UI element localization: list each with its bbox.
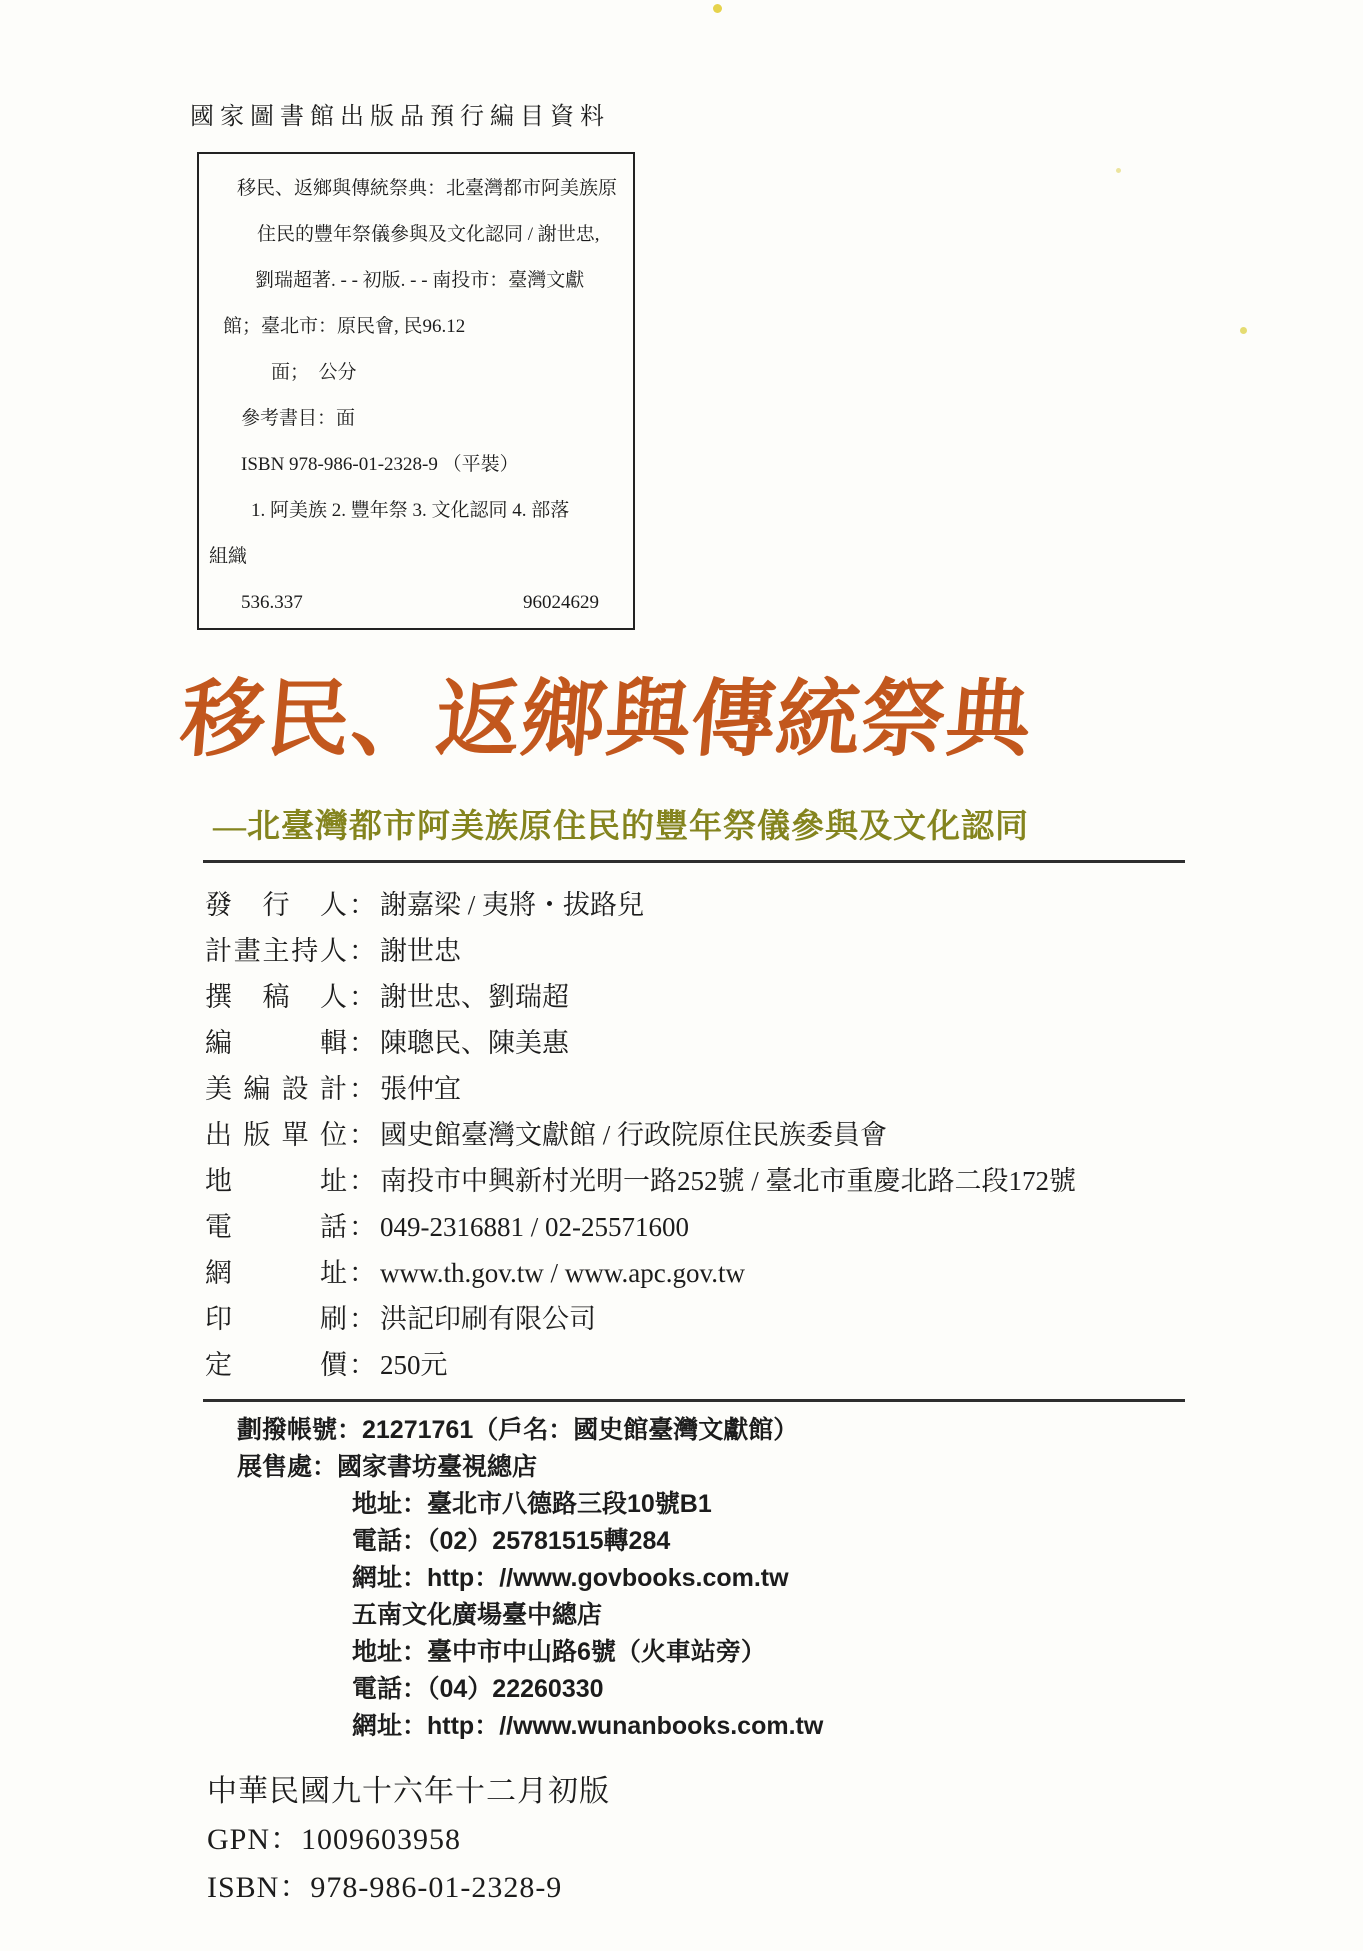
distribution-row: 地址：臺北市八德路三段10號B1 [352,1486,823,1523]
colophon-label: 地址 [205,1158,347,1204]
colophon-value: www.th.gov.tw / www.apc.gov.tw [380,1250,745,1296]
colophon-row: 電話： 049-2316881 / 02-25571600 [205,1204,1076,1250]
colophon-colon: ： [349,1066,376,1112]
distribution-row: 地址：臺中市中山路6號（火車站旁） [352,1634,823,1671]
scan-speck [1116,168,1121,173]
cip-line: 組織 [209,534,633,580]
colophon-value: 國史館臺灣文獻館 / 行政院原住民族委員會 [380,1112,887,1158]
colophon-label: 計畫主持人 [205,928,347,974]
scan-speck [713,4,722,13]
colophon-colon: ： [349,1158,376,1204]
colophon-label: 撰稿人 [205,974,347,1020]
cip-line: 住民的豐年祭儀參與及文化認同 / 謝世忠, [257,212,633,258]
cip-line: 參考書目：面 [241,396,633,442]
colophon-value: 南投市中興新村光明一路252號 / 臺北市重慶北路二段172號 [380,1158,1076,1204]
footer-line: ISBN：978-986-01-2328-9 [207,1864,610,1912]
scan-speck [1240,327,1247,334]
colophon-row: 發行人： 謝嘉梁 / 夷將・拔路兒 [205,882,1076,928]
cip-line: ISBN 978-986-01-2328-9 （平裝） [241,442,633,488]
colophon-colon: ： [349,882,376,928]
footer-line: GPN：1009603958 [207,1816,610,1864]
colophon-value: 049-2316881 / 02-25571600 [380,1204,689,1250]
cip-line-text: 住民的豐年祭儀參與及文化認同 / 謝世忠, [257,212,600,258]
colophon-value: 陳聰民、陳美惠 [380,1020,569,1066]
colophon-colon: ： [349,1342,376,1388]
colophon-row: 計畫主持人： 謝世忠 [205,928,1076,974]
distribution-row: 電話：（04）22260330 [352,1671,823,1708]
colophon-row: 編輯： 陳聰民、陳美惠 [205,1020,1076,1066]
colophon-colon: ： [349,1112,376,1158]
cip-header: 國家圖書館出版品預行編目資料 [190,96,610,131]
cip-line-text: 參考書目：面 [241,396,355,442]
colophon-row: 網址： www.th.gov.tw / www.apc.gov.tw [205,1250,1076,1296]
colophon-label: 定價 [205,1342,347,1388]
distribution-row: 網址：http：//www.govbooks.com.tw [352,1560,823,1597]
colophon-colon: ： [349,974,376,1020]
colophon-label: 電話 [205,1204,347,1250]
cip-line: 移民、返鄉與傳統祭典：北臺灣都市阿美族原 [237,166,633,212]
cip-box: 移民、返鄉與傳統祭典：北臺灣都市阿美族原 住民的豐年祭儀參與及文化認同 / 謝世… [197,152,635,630]
colophon-label: 網址 [205,1250,347,1296]
cip-record-number: 96024629 [523,580,599,626]
book-subtitle: —北臺灣都市阿美族原住民的豐年祭儀參與及文化認同 [213,800,1029,847]
colophon-colon: ： [349,1250,376,1296]
cip-line-text: 面； 公分 [271,350,357,396]
cip-line: 劉瑞超著. - - 初版. - - 南投市：臺灣文獻 [255,258,633,304]
colophon-value: 洪記印刷有限公司 [380,1296,596,1342]
distribution-row: 電話：（02）25781515轉284 [352,1523,823,1560]
distribution-list: 劃撥帳號：21271761（戶名：國史館臺灣文獻館） 展售處：國家書坊臺視總店 … [237,1412,823,1745]
distribution-row: 展售處：國家書坊臺視總店 [237,1449,823,1486]
distribution-row: 網址：http：//www.wunanbooks.com.tw [352,1708,823,1745]
colophon-value: 張仲宜 [380,1066,461,1112]
divider-bottom [203,1399,1185,1402]
colophon-row: 印刷： 洪記印刷有限公司 [205,1296,1076,1342]
cip-line: 館；臺北市：原民會, 民96.12 [223,304,633,350]
colophon-label: 編輯 [205,1020,347,1066]
cip-line-text: 移民、返鄉與傳統祭典：北臺灣都市阿美族原 [237,166,617,212]
cip-line: 536.337 96024629 [241,580,633,626]
cip-line: 1. 阿美族 2. 豐年祭 3. 文化認同 4. 部落 [251,488,633,534]
colophon-colon: ： [349,1020,376,1066]
colophon-value: 謝世忠 [380,928,461,974]
footer-line: 中華民國九十六年十二月初版 [207,1768,610,1816]
distribution-row: 五南文化廣場臺中總店 [352,1597,823,1634]
colophon-row: 撰稿人： 謝世忠、劉瑞超 [205,974,1076,1020]
cip-line-text: 劉瑞超著. - - 初版. - - 南投市：臺灣文獻 [255,258,584,304]
colophon-row: 出版單位： 國史館臺灣文獻館 / 行政院原住民族委員會 [205,1112,1076,1158]
colophon-row: 美編設計： 張仲宜 [205,1066,1076,1112]
cip-line-text: ISBN 978-986-01-2328-9 （平裝） [241,442,519,488]
colophon-row: 定價： 250元 [205,1342,1076,1388]
colophon-label: 印刷 [205,1296,347,1342]
cip-line-text: 1. 阿美族 2. 豐年祭 3. 文化認同 4. 部落 [251,488,569,534]
colophon-value: 謝世忠、劉瑞超 [380,974,569,1020]
distribution-row: 劃撥帳號：21271761（戶名：國史館臺灣文獻館） [237,1412,823,1449]
colophon-label: 美編設計 [205,1066,347,1112]
colophon-value: 250元 [380,1342,448,1388]
cip-line-text: 館；臺北市：原民會, 民96.12 [223,304,465,350]
footer: 中華民國九十六年十二月初版 GPN：1009603958 ISBN：978-98… [207,1768,610,1912]
cip-line-text: 組織 [209,534,247,580]
colophon-colon: ： [349,928,376,974]
colophon-list: 發行人： 謝嘉梁 / 夷將・拔路兒 計畫主持人： 謝世忠 撰稿人： 謝世忠、劉瑞… [205,882,1076,1388]
colophon-value: 謝嘉梁 / 夷將・拔路兒 [380,882,644,928]
colophon-label: 發行人 [205,882,347,928]
colophon-page: 國家圖書館出版品預行編目資料 移民、返鄉與傳統祭典：北臺灣都市阿美族原 住民的豐… [0,0,1363,1951]
colophon-label: 出版單位 [205,1112,347,1158]
cip-line: 面； 公分 [271,350,633,396]
divider-top [203,860,1185,863]
colophon-row: 地址： 南投市中興新村光明一路252號 / 臺北市重慶北路二段172號 [205,1158,1076,1204]
book-title-calligraphy: 移民、返鄉與傳統祭典 [177,652,1038,773]
cip-line-text: 536.337 [241,580,303,626]
colophon-colon: ： [349,1204,376,1250]
colophon-colon: ： [349,1296,376,1342]
